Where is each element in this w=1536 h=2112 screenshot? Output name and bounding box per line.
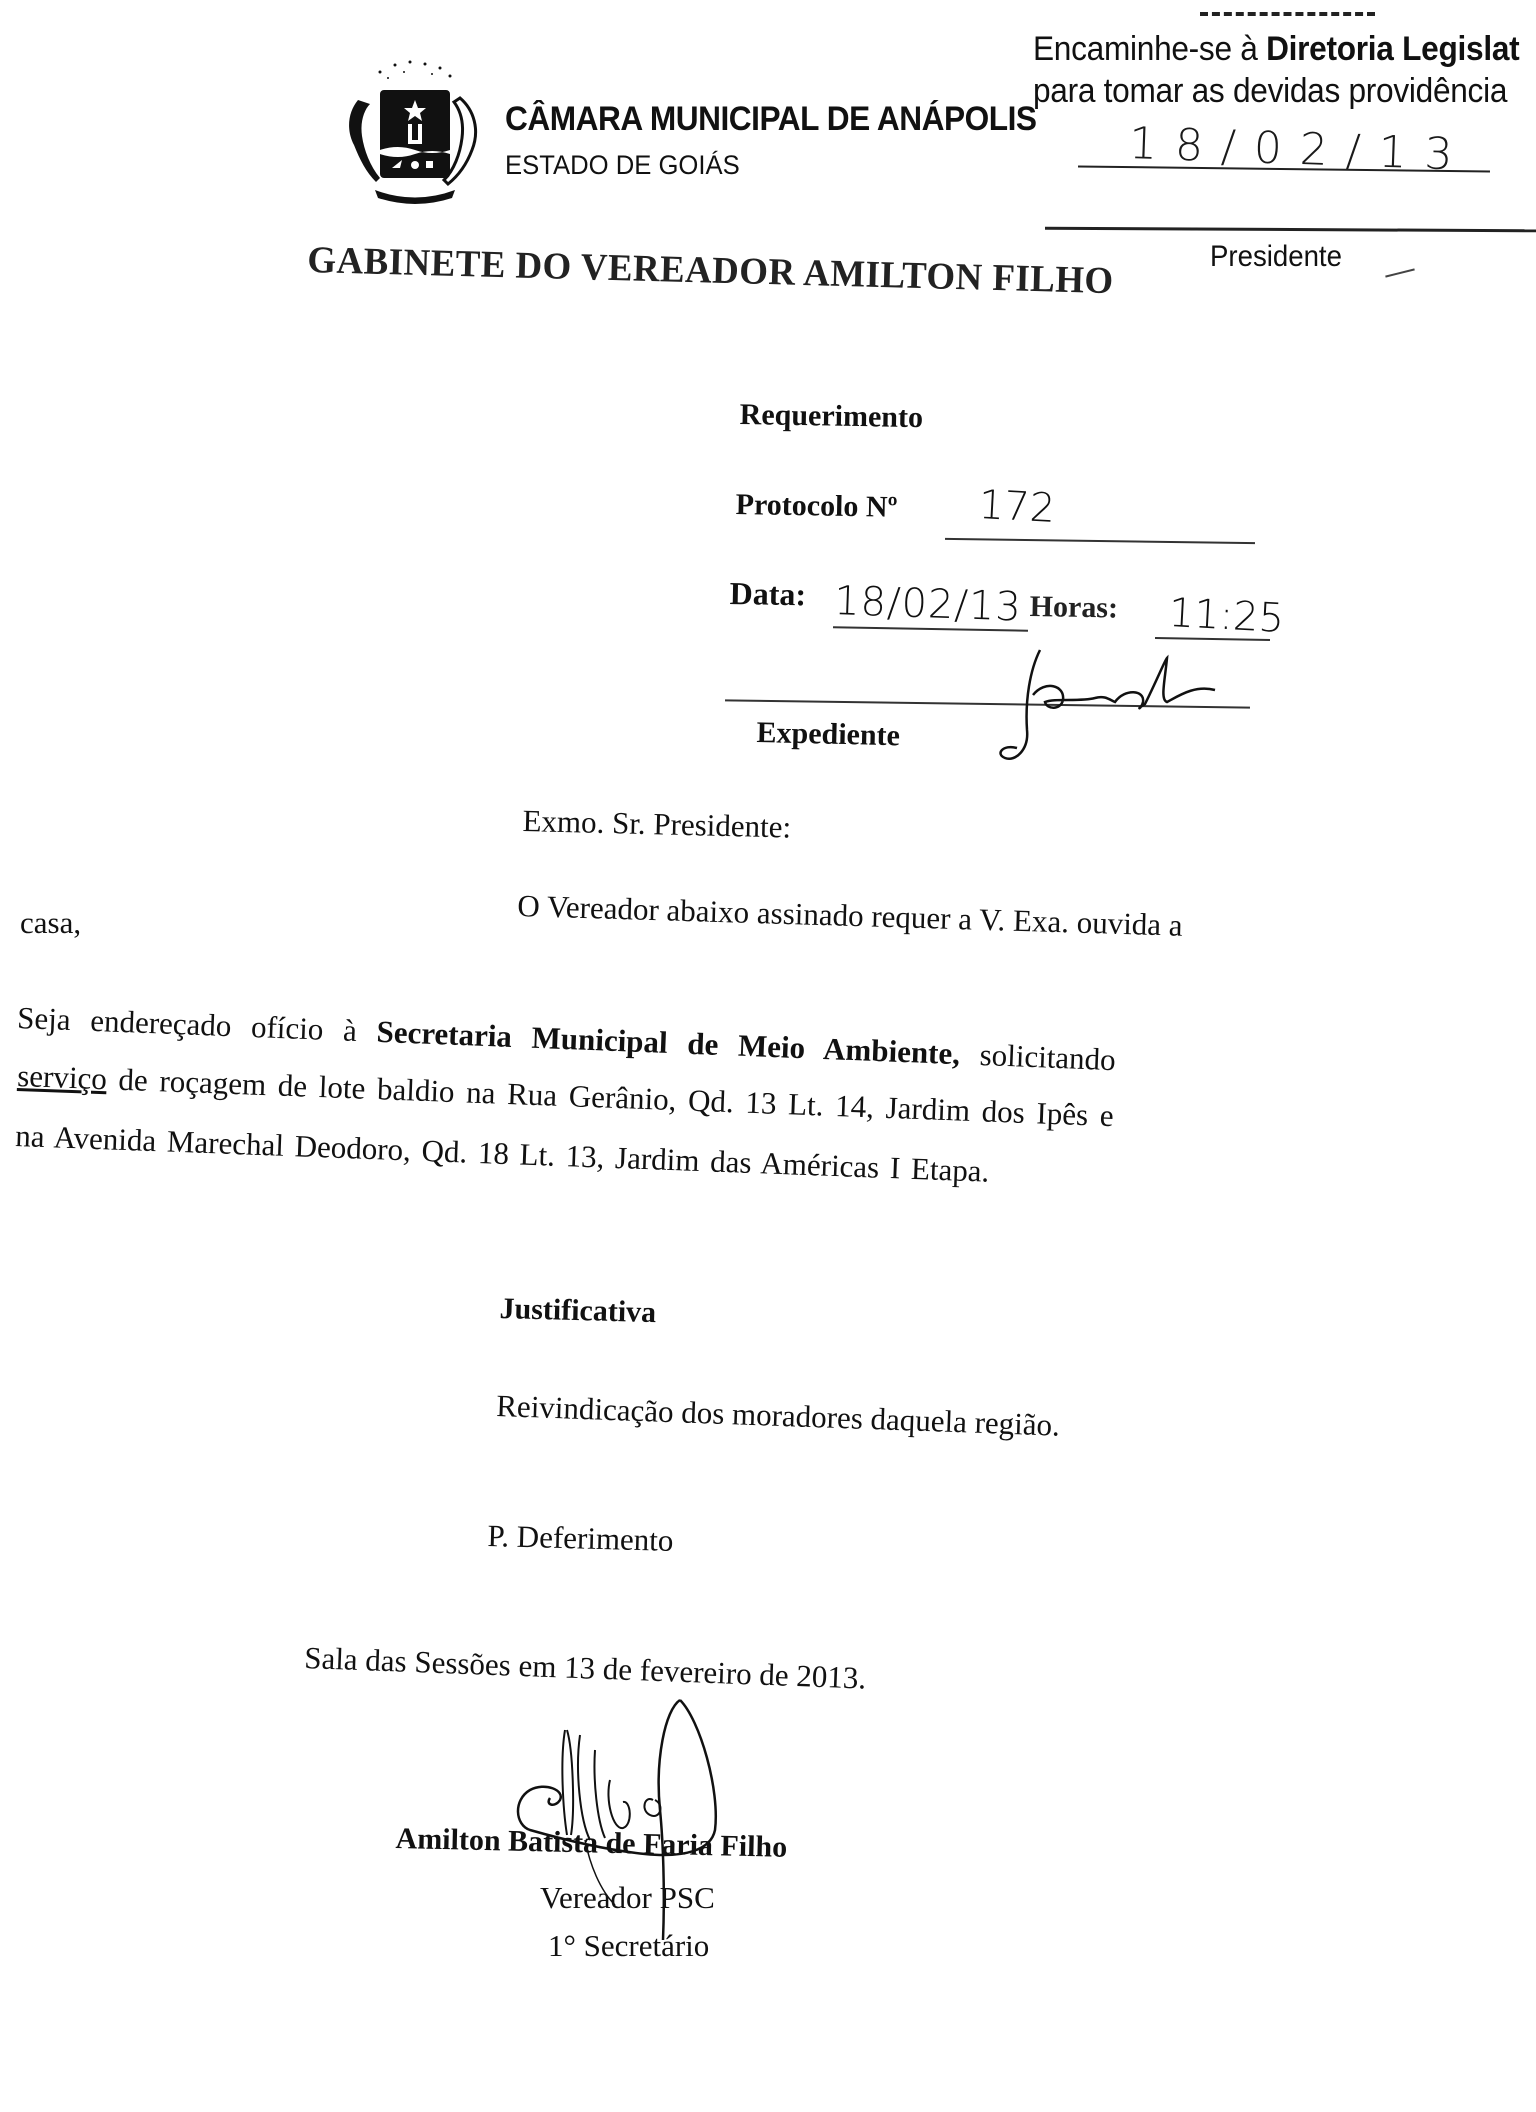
chamber-name: CÂMARA MUNICIPAL DE ANÁPOLIS xyxy=(505,100,1037,139)
signer-office: 1° Secretário xyxy=(548,1928,709,1964)
document-type-title: Requerimento xyxy=(739,398,923,435)
chamber-state: ESTADO DE GOIÁS xyxy=(505,150,740,181)
cabinet-title: GABINETE DO VEREADOR AMILTON FILHO xyxy=(307,238,1114,303)
closing-date-line: Sala das Sessões em 13 de fevereiro de 2… xyxy=(304,1640,867,1697)
stamp-line1-prefix: Encaminhe-se à xyxy=(1033,30,1266,68)
coat-of-arms-icon xyxy=(340,50,490,210)
intro-sentence-tail: casa, xyxy=(20,905,81,941)
protocol-number-rule xyxy=(945,538,1255,544)
protocol-number-value: 172 xyxy=(978,482,1057,532)
protocol-hours-value: 11:25 xyxy=(1168,590,1286,642)
stamp-line1-bold: Diretoria Legislat xyxy=(1266,30,1519,68)
signer-role: Vereador PSC xyxy=(540,1880,715,1916)
protocol-number-label: Protocolo Nº xyxy=(735,488,897,525)
stamp-cut-off-line xyxy=(1200,12,1375,21)
dispatch-signature-icon xyxy=(985,640,1255,765)
stamp-instruction-line2: para tomar as devidas providência xyxy=(1033,72,1507,111)
dispatch-label: Expediente xyxy=(756,716,900,753)
intro-sentence: O Vereador abaixo assinado requer a V. E… xyxy=(517,888,1183,944)
recipient-office: Secretaria Municipal de Meio Ambiente, xyxy=(376,1014,961,1071)
request-text-underlined: serviço xyxy=(17,1058,108,1096)
stamp-forward-instruction: Encaminhe-se à Diretoria Legislat xyxy=(1033,30,1519,69)
protocol-date-value: 18/02/13 xyxy=(833,578,1022,631)
salutation: Exmo. Sr. Presidente: xyxy=(522,803,791,846)
protocol-date-label: Data: xyxy=(729,575,806,613)
justification-title: Justificativa xyxy=(499,1292,656,1330)
stamp-signature-label: Presidente xyxy=(1210,240,1342,274)
request-text: Seja endereçado ofício à xyxy=(17,1000,378,1049)
request-text: solicitando xyxy=(959,1036,1116,1077)
justification-text: Reivindicação dos moradores daquela regi… xyxy=(496,1388,1061,1444)
stamp-signature-rule xyxy=(1045,227,1536,233)
deferment-request: P. Deferimento xyxy=(487,1518,674,1559)
protocol-hours-label: Horas: xyxy=(1029,590,1118,626)
stamp-pen-mark xyxy=(1385,268,1415,277)
request-line: na Avenida Marechal Deodoro, Qd. 18 Lt. … xyxy=(15,1118,990,1190)
